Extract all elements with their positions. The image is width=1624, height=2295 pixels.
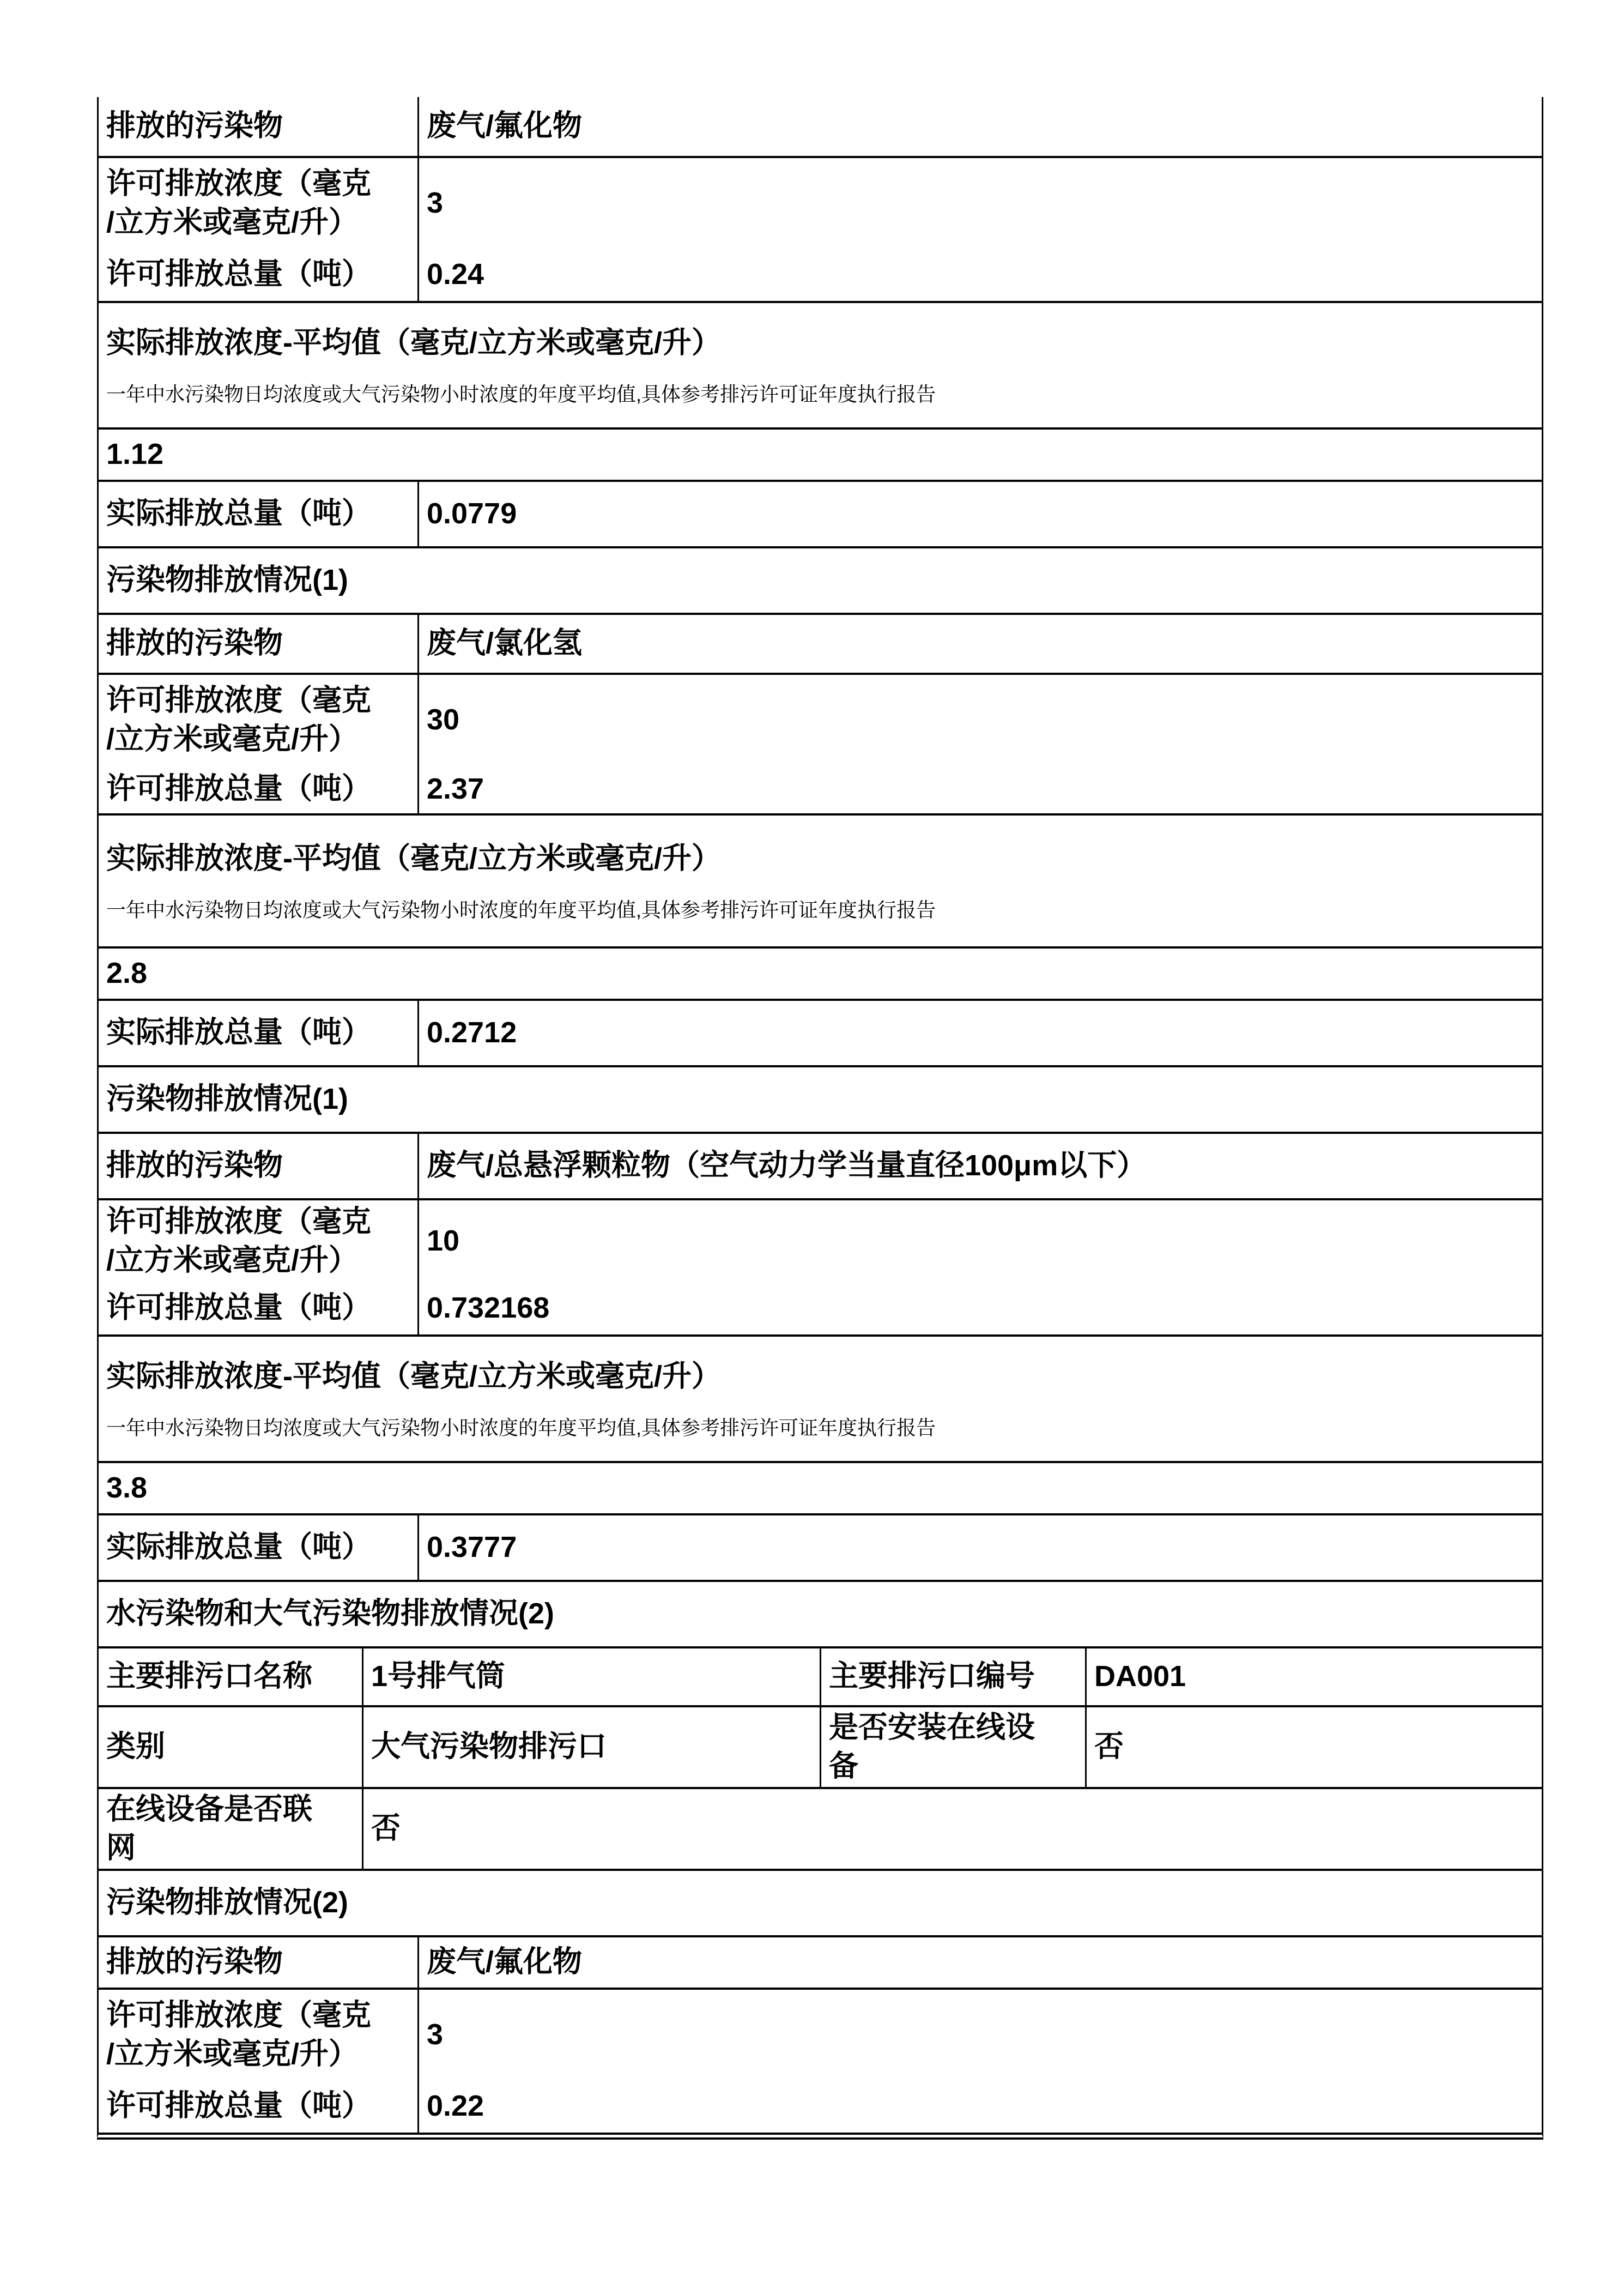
cell-value: 废气/氟化物 xyxy=(419,1937,1542,1988)
cell-value: 否 xyxy=(363,1789,1542,1869)
cell-label: 许可排放总量（吨） xyxy=(99,765,419,813)
cell-label: 实际排放总量（吨） xyxy=(99,482,419,546)
value-cell: 3.8 xyxy=(99,1463,1542,1513)
cell-value: 废气/氟化物 xyxy=(419,97,1542,156)
table-row: 实际排放总量（吨）0.0779 xyxy=(99,482,1542,548)
metric-header: 实际排放浓度-平均值（毫克/立方米或毫克/升） xyxy=(106,324,1534,362)
metric-header: 实际排放浓度-平均值（毫克/立方米或毫克/升） xyxy=(106,840,1534,878)
pair-row: 许可排放总量（吨）0.22 xyxy=(99,2080,1542,2133)
cell-value: 0.2712 xyxy=(419,1001,1542,1065)
table-row: 许可排放浓度（毫克 /立方米或毫克/升）3许可排放总量（吨）0.24 xyxy=(99,158,1542,303)
table-row: 实际排放浓度-平均值（毫克/立方米或毫克/升）一年中水污染物日均浓度或大气污染物… xyxy=(99,1337,1542,1463)
metric-block: 实际排放浓度-平均值（毫克/立方米或毫克/升）一年中水污染物日均浓度或大气污染物… xyxy=(99,303,1542,427)
table-row: 主要排污口名称1号排气筒主要排污口编号DA001 xyxy=(99,1648,1542,1707)
metric-header: 实际排放浓度-平均值（毫克/立方米或毫克/升） xyxy=(106,1357,1534,1396)
cell-label: 主要排污口名称 xyxy=(99,1648,363,1705)
cell-value: 3 xyxy=(419,158,1542,249)
metric-block: 实际排放浓度-平均值（毫克/立方米或毫克/升）一年中水污染物日均浓度或大气污染物… xyxy=(99,816,1542,946)
cell-label: 类别 xyxy=(99,1707,363,1787)
note-text: 一年中水污染物日均浓度或大气污染物小时浓度的年度平均值,具体参考排污许可证年度执… xyxy=(106,382,1534,407)
cell-value: 0.3777 xyxy=(419,1515,1542,1580)
value-cell: 2.8 xyxy=(99,949,1542,999)
table-row: 水污染物和大气污染物排放情况(2) xyxy=(99,1582,1542,1648)
pair-row: 许可排放总量（吨）0.732168 xyxy=(99,1282,1542,1334)
cell-label: 排放的污染物 xyxy=(99,97,419,156)
pair-row: 许可排放总量（吨）0.24 xyxy=(99,249,1542,301)
cell-value: 大气污染物排污口 xyxy=(363,1707,821,1787)
cell-value: 0.22 xyxy=(419,2080,1542,2133)
cell-label: 排放的污染物 xyxy=(99,615,419,673)
pair-row: 许可排放浓度（毫克 /立方米或毫克/升）3 xyxy=(99,1990,1542,2080)
pair-row: 许可排放浓度（毫克 /立方米或毫克/升）30 xyxy=(99,675,1542,765)
cell-label: 是否安装在线设 备 xyxy=(821,1707,1087,1787)
cell-value: 30 xyxy=(419,675,1542,765)
cell-value: 2.37 xyxy=(419,765,1542,813)
cell-label: 实际排放总量（吨） xyxy=(99,1001,419,1065)
table-row: 排放的污染物废气/总悬浮颗粒物（空气动力学当量直径100μm以下） xyxy=(99,1134,1542,1200)
table-row: 许可排放浓度（毫克 /立方米或毫克/升）3许可排放总量（吨）0.22 xyxy=(99,1990,1542,2133)
note-text: 一年中水污染物日均浓度或大气污染物小时浓度的年度平均值,具体参考排污许可证年度执… xyxy=(106,898,1534,922)
note-text: 一年中水污染物日均浓度或大气污染物小时浓度的年度平均值,具体参考排污许可证年度执… xyxy=(106,1416,1534,1440)
section-title: 水污染物和大气污染物排放情况(2) xyxy=(99,1582,1542,1646)
cell-value: 3 xyxy=(419,1990,1542,2080)
table-row: 实际排放总量（吨）0.3777 xyxy=(99,1515,1542,1582)
table-row: 许可排放浓度（毫克 /立方米或毫克/升）10许可排放总量（吨）0.732168 xyxy=(99,1200,1542,1337)
table-row: 污染物排放情况(2) xyxy=(99,1871,1542,1937)
cell-value: 1号排气筒 xyxy=(363,1648,821,1705)
cell-label: 在线设备是否联 网 xyxy=(99,1789,363,1869)
table-row: 排放的污染物废气/氟化物 xyxy=(99,97,1542,158)
table-row: 实际排放浓度-平均值（毫克/立方米或毫克/升）一年中水污染物日均浓度或大气污染物… xyxy=(99,816,1542,949)
cell-label: 许可排放浓度（毫克 /立方米或毫克/升） xyxy=(99,675,419,765)
table-row: 1.12 xyxy=(99,430,1542,482)
cell-value: 否 xyxy=(1087,1707,1542,1787)
pair-row: 许可排放总量（吨）2.37 xyxy=(99,765,1542,813)
cell-value: 废气/总悬浮颗粒物（空气动力学当量直径100μm以下） xyxy=(419,1134,1542,1198)
cell-value: 0.24 xyxy=(419,249,1542,301)
table-row: 2.8 xyxy=(99,949,1542,1001)
table-row: 实际排放浓度-平均值（毫克/立方米或毫克/升）一年中水污染物日均浓度或大气污染物… xyxy=(99,303,1542,430)
table-row: 污染物排放情况(1) xyxy=(99,1067,1542,1134)
cell-value: 0.732168 xyxy=(419,1282,1542,1334)
cell-value: DA001 xyxy=(1087,1648,1542,1705)
table-row: 类别大气污染物排污口是否安装在线设 备否 xyxy=(99,1707,1542,1789)
cell-value: 废气/氯化氢 xyxy=(419,615,1542,673)
cell-label: 许可排放总量（吨） xyxy=(99,1282,419,1334)
table-row: 许可排放浓度（毫克 /立方米或毫克/升）30许可排放总量（吨）2.37 xyxy=(99,675,1542,816)
section-title: 污染物排放情况(2) xyxy=(99,1871,1542,1935)
value-cell: 1.12 xyxy=(99,430,1542,480)
cell-value: 0.0779 xyxy=(419,482,1542,546)
cell-label: 许可排放浓度（毫克 /立方米或毫克/升） xyxy=(99,158,419,249)
pair-row: 许可排放浓度（毫克 /立方米或毫克/升）10 xyxy=(99,1200,1542,1282)
table-row: 污染物排放情况(1) xyxy=(99,548,1542,615)
section-title: 污染物排放情况(1) xyxy=(99,548,1542,613)
cell-label: 排放的污染物 xyxy=(99,1134,419,1198)
cell-label: 许可排放总量（吨） xyxy=(99,249,419,301)
table-row: 排放的污染物废气/氟化物 xyxy=(99,1937,1542,1990)
table-row: 3.8 xyxy=(99,1463,1542,1515)
metric-block: 实际排放浓度-平均值（毫克/立方米或毫克/升）一年中水污染物日均浓度或大气污染物… xyxy=(99,1337,1542,1461)
table-row: 在线设备是否联 网否 xyxy=(99,1789,1542,1871)
cell-label: 许可排放总量（吨） xyxy=(99,2080,419,2133)
pair-row: 许可排放浓度（毫克 /立方米或毫克/升）3 xyxy=(99,158,1542,249)
cell-label: 实际排放总量（吨） xyxy=(99,1515,419,1580)
document-page: 排放的污染物废气/氟化物许可排放浓度（毫克 /立方米或毫克/升）3许可排放总量（… xyxy=(0,0,1624,2295)
cell-label: 排放的污染物 xyxy=(99,1937,419,1988)
pollutant-discharge-table: 排放的污染物废气/氟化物许可排放浓度（毫克 /立方米或毫克/升）3许可排放总量（… xyxy=(97,97,1543,2140)
cell-label: 许可排放浓度（毫克 /立方米或毫克/升） xyxy=(99,1200,419,1282)
cell-label: 许可排放浓度（毫克 /立方米或毫克/升） xyxy=(99,1990,419,2080)
table-row: 实际排放总量（吨）0.2712 xyxy=(99,1001,1542,1067)
cell-value: 10 xyxy=(419,1200,1542,1282)
section-title: 污染物排放情况(1) xyxy=(99,1067,1542,1132)
cell-label: 主要排污口编号 xyxy=(821,1648,1087,1705)
table-row: 排放的污染物废气/氯化氢 xyxy=(99,615,1542,675)
